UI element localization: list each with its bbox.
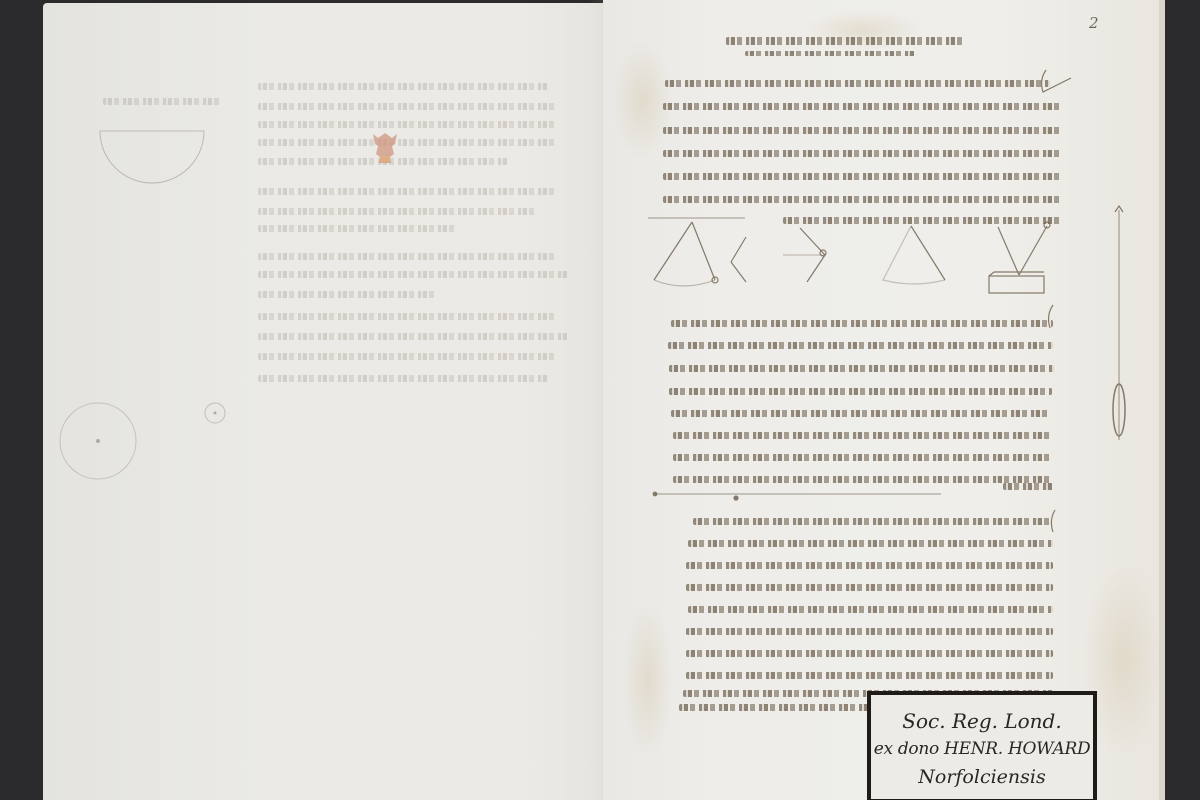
mechanics-diagrams <box>43 0 1200 800</box>
label-line-3: Norfolciensis <box>871 766 1093 788</box>
label-line-1: Soc. Reg. Lond. <box>871 709 1093 733</box>
ownership-label: Soc. Reg. Lond. ex dono HENR. HOWARD Nor… <box>867 691 1097 800</box>
label-line-2: ex dono HENR. HOWARD <box>871 739 1093 759</box>
manuscript-spread: 2 <box>43 0 1165 800</box>
